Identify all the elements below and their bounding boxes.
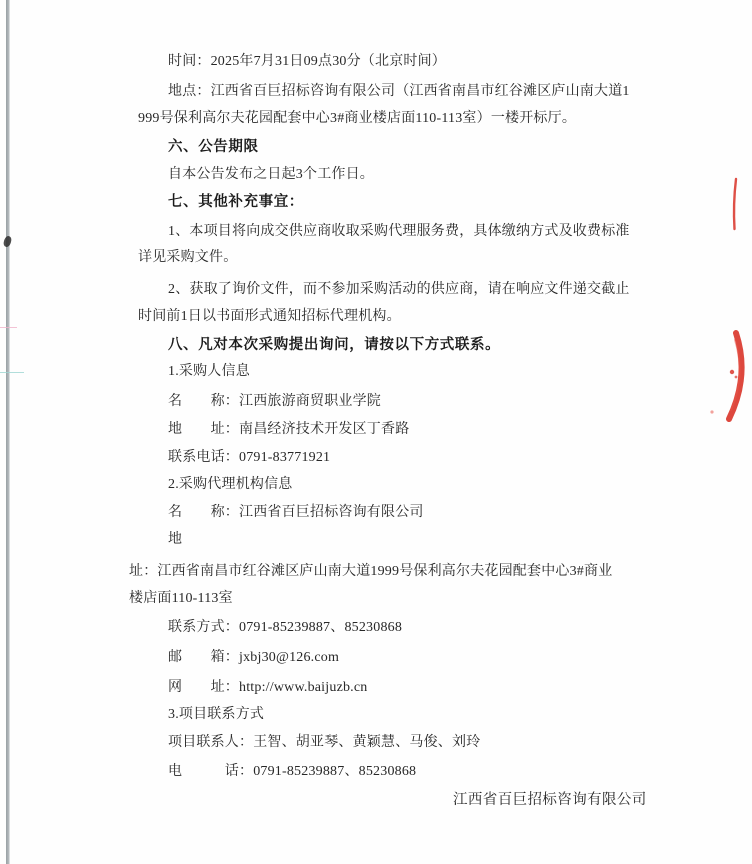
red-pen-mark-upper — [734, 179, 736, 229]
doc-line: 八、凡对本次采购提出询问，请按以下方式联系。 — [168, 331, 500, 359]
doc-line: 3.项目联系方式 — [168, 701, 264, 729]
doc-line: 网 址：http://www.baijuzb.cn — [168, 674, 368, 702]
red-pen-mark-lower-arc — [729, 333, 742, 419]
doc-line: 地 址：南昌经济技术开发区丁香路 — [168, 416, 409, 444]
doc-line: 2、获取了询价文件，而不参加采购活动的供应商，请在响应文件递交截止 — [168, 276, 630, 304]
signature-company: 江西省百巨招标咨询有限公司 — [453, 786, 647, 814]
doc-line: 楼店面110-113室 — [129, 585, 233, 613]
document-page: 时间：2025年7月31日09点30分（北京时间）地点：江西省百巨招标咨询有限公… — [0, 0, 752, 864]
doc-line: 六、公告期限 — [168, 133, 259, 161]
doc-line: 地点：江西省百巨招标咨询有限公司（江西省南昌市红谷滩区庐山南大道1 — [168, 78, 630, 106]
doc-line: 电 话：0791-85239887、85230868 — [168, 758, 416, 786]
red-speck-1 — [730, 370, 734, 374]
doc-line: 1、本项目将向成交供应商收取采购代理服务费，具体缴纳方式及收费标准 — [168, 218, 630, 246]
doc-line: 七、其他补充事宜： — [168, 188, 304, 216]
doc-line: 联系电话：0791-83771921 — [168, 444, 330, 472]
doc-line: 名 称：江西省百巨招标咨询有限公司 — [168, 499, 424, 527]
doc-line: 详见采购文件。 — [138, 244, 237, 272]
scan-edge-line-light — [9, 0, 10, 864]
doc-line: 名 称：江西旅游商贸职业学院 — [168, 388, 381, 416]
doc-line: 1.采购人信息 — [168, 358, 250, 386]
red-speck-3 — [710, 410, 713, 413]
doc-line: 2.采购代理机构信息 — [168, 471, 293, 499]
scan-artifact-cyan-line — [0, 372, 24, 373]
doc-line: 项目联系人：王智、胡亚琴、黄颖慧、马俊、刘玲 — [168, 729, 480, 757]
doc-line: 地 — [168, 526, 182, 554]
doc-line: 999号保利高尔夫花园配套中心3#商业楼店面110-113室）一楼开标厅。 — [138, 105, 576, 133]
doc-line: 邮 箱：jxbj30@126.com — [168, 644, 339, 672]
doc-line: 时间前1日以书面形式通知招标代理机构。 — [138, 303, 401, 331]
doc-line: 址：江西省南昌市红谷滩区庐山南大道1999号保利高尔夫花园配套中心3#商业 — [129, 558, 612, 586]
doc-line: 时间：2025年7月31日09点30分（北京时间） — [168, 48, 446, 76]
red-speck-2 — [735, 376, 738, 379]
doc-line: 联系方式：0791-85239887、85230868 — [168, 614, 402, 642]
scan-smudge — [2, 235, 12, 248]
scan-artifact-pink-line — [0, 327, 17, 328]
doc-line: 自本公告发布之日起3个工作日。 — [168, 161, 374, 189]
red-pen-mark-lower-arc-halo — [731, 340, 740, 410]
